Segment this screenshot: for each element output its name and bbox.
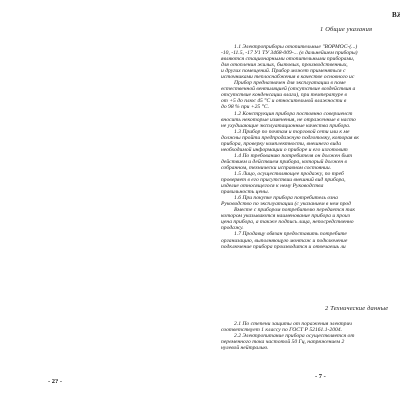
- corner-header: ВЖ: [392, 11, 400, 19]
- text-line: нулевой нейтралью.: [221, 345, 400, 351]
- text-line: подключение прибора производится и отвеч…: [221, 244, 400, 250]
- page-number-left: - 2? -: [48, 378, 62, 385]
- section-title-technical: 2 Технические данные: [325, 305, 388, 312]
- section-title-general: 1 Общие указания: [320, 26, 372, 33]
- page-number-right: - 7 -: [315, 373, 326, 380]
- section-body-general: 1.1 Электроприборы отопительные "ВОРМОС-…: [221, 44, 400, 250]
- document-spread: - 2? - ВЖ 1 Общие указания 1.1 Электропр…: [0, 0, 400, 400]
- right-page: ВЖ 1 Общие указания 1.1 Электроприборы о…: [215, 0, 400, 400]
- left-page: - 2? -: [0, 0, 215, 400]
- section-body-technical: 2.1 По степени защиты от поражения элект…: [221, 321, 400, 351]
